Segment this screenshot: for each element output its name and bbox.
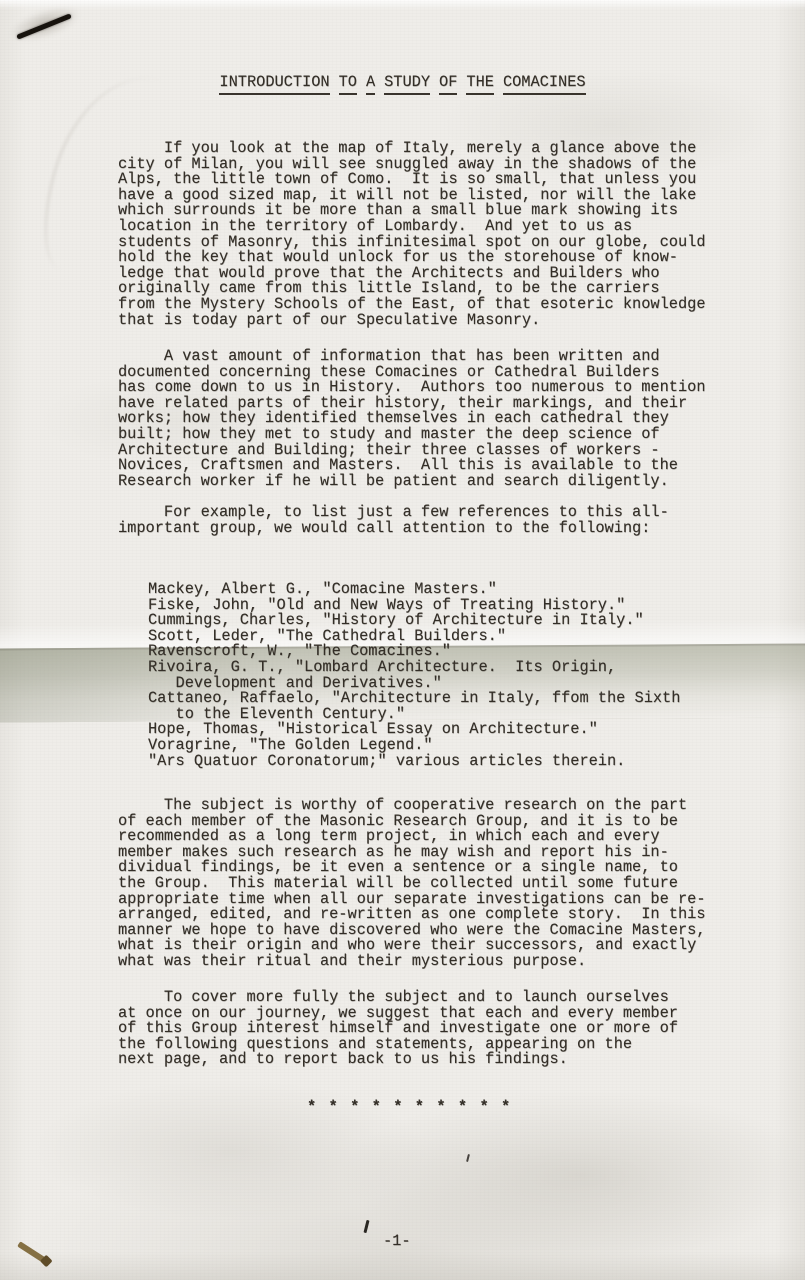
paragraph-intro-como: If you look at the map of Italy, merely …: [118, 141, 706, 328]
asterisk-separator: * * * * * * * * * *: [307, 1100, 512, 1116]
page-number: -1-: [383, 1234, 411, 1250]
paragraph-cover-more-fully: To cover more fully the subject and to l…: [118, 990, 678, 1068]
stray-apostrophe-mark: [363, 1220, 369, 1233]
paragraph-information-history: A vast amount of information that has be…: [118, 349, 706, 489]
title-word: TO: [339, 75, 357, 95]
stray-mark-small: [466, 1154, 470, 1162]
stain-bottom-left: [17, 1241, 49, 1265]
title-word: OF: [439, 75, 457, 95]
title-word: STUDY: [384, 75, 430, 95]
paragraph-cooperative-research: The subject is worthy of cooperative res…: [118, 798, 706, 970]
title-word: COMACINES: [503, 75, 586, 95]
title-word: THE: [466, 75, 494, 95]
title-word: A: [366, 75, 375, 95]
scanned-page: INTRODUCTIONTOASTUDYOFTHECOMACINES If yo…: [0, 0, 805, 1280]
document-title: INTRODUCTIONTOASTUDYOFTHECOMACINES: [0, 75, 805, 95]
paragraph-for-example: For example, to list just a few referenc…: [118, 505, 669, 536]
title-word: INTRODUCTION: [219, 75, 329, 95]
reference-list: Mackey, Albert G., "Comacine Masters." F…: [148, 582, 680, 769]
